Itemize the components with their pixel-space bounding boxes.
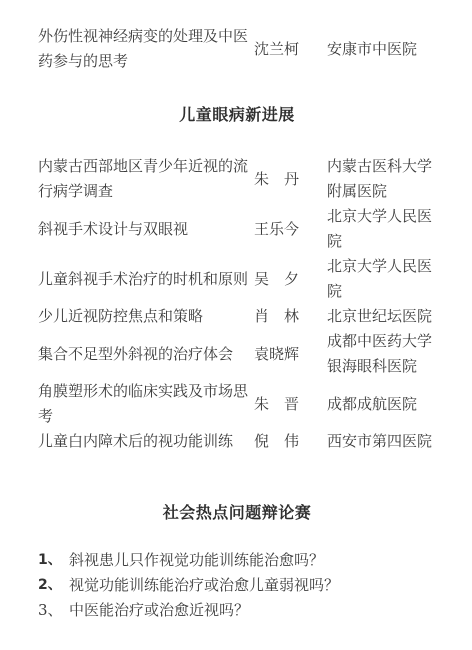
talk-title: 角膜塑形术的临床实践及市场思考 [38,379,254,429]
organization: 安康市中医院 [327,37,436,62]
speaker-name: 朱 晋 [254,392,327,417]
organization: 北京世纪坛医院 [327,304,436,329]
organization: 内蒙古医科大学附属医院 [327,154,436,204]
program-row: 斜视手术设计与双眼视 王乐今 北京大学人民医院 [38,204,436,254]
organization: 成都中医药大学银海眼科医院 [327,329,436,379]
program-row: 内蒙古西部地区青少年近视的流行病学调查 朱 丹 内蒙古医科大学附属医院 [38,154,436,204]
speaker-name: 肖 林 [254,304,327,329]
program-row: 外伤性视神经病变的处理及中医药参与的思考 沈兰柯 安康市中医院 [38,24,436,74]
debate-item: 1、 斜视患儿只作视觉功能训练能治愈吗？ [38,548,436,573]
debate-item-number: 1、 [38,548,69,573]
speaker-name: 朱 丹 [254,167,327,192]
talk-title: 内蒙古西部地区青少年近视的流行病学调查 [38,154,254,204]
section-heading-debate: 社会热点问题辩论赛 [38,500,436,526]
page-content: 外伤性视神经病变的处理及中医药参与的思考 沈兰柯 安康市中医院 儿童眼病新进展 … [0,0,472,623]
organization: 北京大学人民医院 [327,254,436,304]
talk-title: 外伤性视神经病变的处理及中医药参与的思考 [38,24,254,74]
program-row: 少儿近视防控焦点和策略 肖 林 北京世纪坛医院 [38,304,436,329]
debate-item-text: 斜视患儿只作视觉功能训练能治愈吗？ [69,548,324,573]
speaker-name: 王乐今 [254,217,327,242]
debate-question-list: 1、 斜视患儿只作视觉功能训练能治愈吗？ 2、 视觉功能训练能治疗或治愈儿童弱视… [38,548,436,623]
speaker-name: 沈兰柯 [254,37,327,62]
organization: 北京大学人民医院 [327,204,436,254]
speaker-name: 吴 夕 [254,267,327,292]
speaker-name: 倪 伟 [254,429,327,454]
debate-item-text: 视觉功能训练能治疗或治愈儿童弱视吗？ [69,573,339,598]
program-row: 角膜塑形术的临床实践及市场思考 朱 晋 成都成航医院 [38,379,436,429]
talk-title: 斜视手术设计与双眼视 [38,217,254,242]
section-heading-children-eye-disease: 儿童眼病新进展 [38,102,436,128]
debate-item-number: 3、 [38,598,69,623]
debate-item: 3、 中医能治疗或治愈近视吗？ [38,598,436,623]
program-row: 儿童白内障术后的视功能训练 倪 伟 西安市第四医院 [38,429,436,454]
program-row: 儿童斜视手术治疗的时机和原则 吴 夕 北京大学人民医院 [38,254,436,304]
talk-title: 儿童白内障术后的视功能训练 [38,429,254,454]
debate-item-number: 2、 [38,573,69,598]
talk-title: 儿童斜视手术治疗的时机和原则 [38,267,254,292]
organization: 成都成航医院 [327,392,436,417]
speaker-name: 袁晓辉 [254,342,327,367]
program-row: 集合不足型外斜视的治疗体会 袁晓辉 成都中医药大学银海眼科医院 [38,329,436,379]
debate-item-text: 中医能治疗或治愈近视吗？ [69,598,249,623]
organization: 西安市第四医院 [327,429,436,454]
talk-title: 少儿近视防控焦点和策略 [38,304,254,329]
talk-title: 集合不足型外斜视的治疗体会 [38,342,254,367]
document-page: 外伤性视神经病变的处理及中医药参与的思考 沈兰柯 安康市中医院 儿童眼病新进展 … [0,0,472,650]
debate-item: 2、 视觉功能训练能治疗或治愈儿童弱视吗？ [38,573,436,598]
